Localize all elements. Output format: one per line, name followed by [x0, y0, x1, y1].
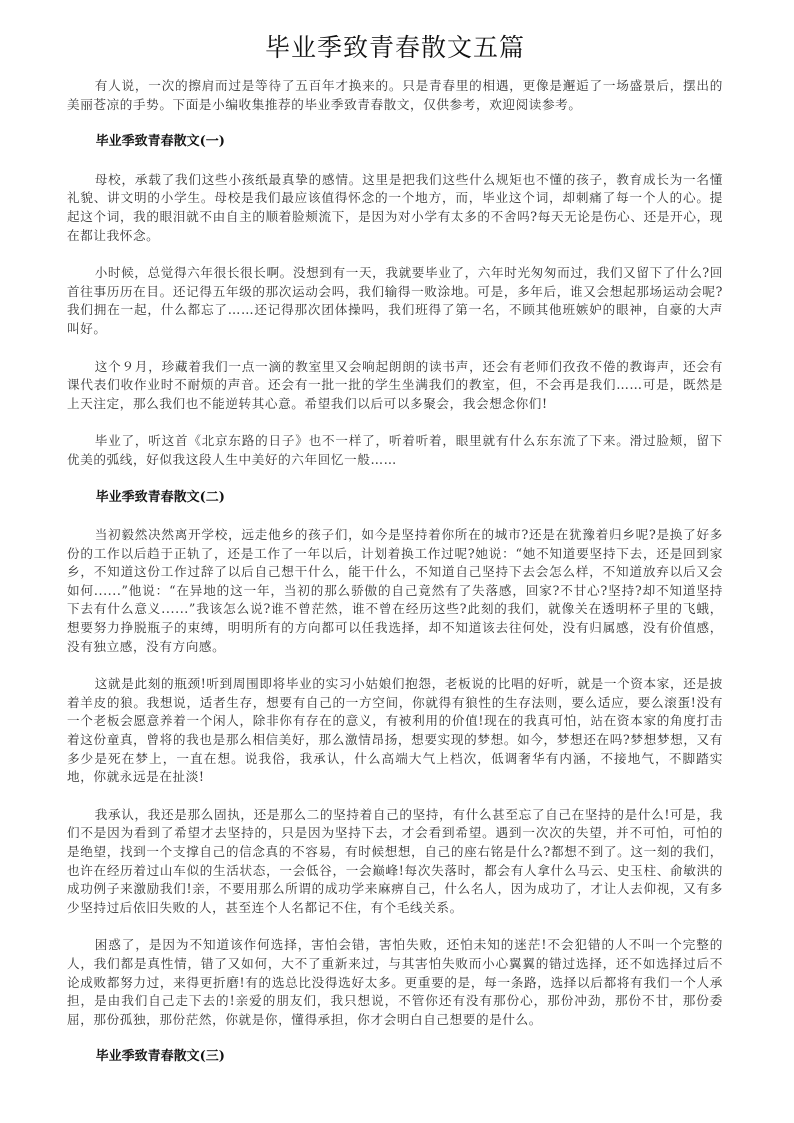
paragraph: 毕业了，听这首《北京东路的日子》也不一样了，听着听着，眼里就有什么东东流了下来。… — [67, 432, 723, 469]
document-body: 有人说，一次的擦肩而过是等待了五百年才换来的。只是青春里的相遇，更像是邂逅了一场… — [67, 77, 723, 1086]
intro-paragraph: 有人说，一次的擦肩而过是等待了五百年才换来的。只是青春里的相遇，更像是邂逅了一场… — [67, 77, 723, 114]
paragraph: 当初毅然决然离开学校，远走他乡的孩子们，如今是坚持着你所在的城市?还是在犹豫着归… — [67, 526, 723, 656]
section-heading-1: 毕业季致青春散文(一) — [67, 133, 723, 152]
paragraph: 这个９月，珍藏着我们一点一滴的教室里又会响起朗朗的读书声，还会有老师们孜孜不倦的… — [67, 358, 723, 414]
paragraph: 困惑了，是因为不知道该作何选择，害怕会错，害怕失败，还怕未知的迷茫!不会犯错的人… — [67, 936, 723, 1029]
page-title: 毕业季致青春散文五篇 — [67, 33, 723, 63]
paragraph: 这就是此刻的瓶颈!听到周围即将毕业的实习小姑娘们抱怨，老板说的比唱的好听，就是一… — [67, 675, 723, 787]
paragraph: 我承认，我还是那么固执，还是那么二的坚持着自己的坚持，有什么甚至忘了自己在坚持的… — [67, 806, 723, 918]
section-heading-2: 毕业季致青春散文(二) — [67, 489, 723, 508]
paragraph: 小时候，总觉得六年很长很长啊。没想到有一天，我就要毕业了，六年时光匆匆而过，我们… — [67, 264, 723, 338]
section-heading-3: 毕业季致青春散文(三) — [67, 1048, 723, 1067]
paragraph: 母校，承载了我们这些小孩纸最真挚的感情。这里是把我们这些什么规矩也不懂的孩子，教… — [67, 171, 723, 245]
